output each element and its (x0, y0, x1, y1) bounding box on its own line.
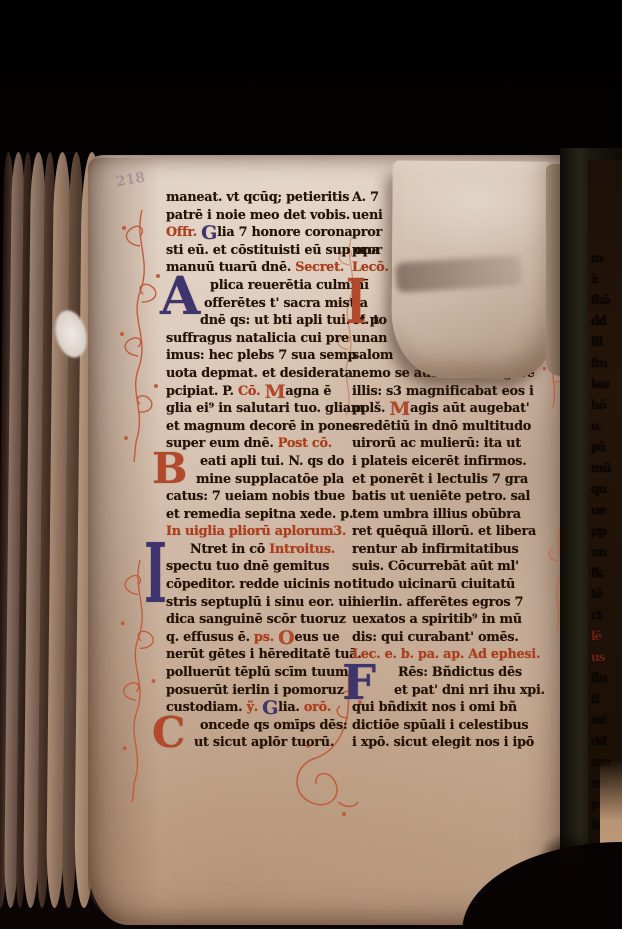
text-line: stris septuplū i sinu eor. uin (166, 595, 366, 613)
bottom-shadow-blob (538, 833, 602, 877)
text-line: credētiū in dnō multitudo (352, 419, 552, 437)
body-text: patrē i noie meo det vobis. (166, 208, 350, 223)
body-text: et remedia sepitna xede. p. (166, 507, 353, 522)
sliver-text-line: mū (588, 458, 622, 479)
sliver-text-line: tē (588, 584, 622, 605)
body-text: i ierlin. afferētes egros 7 (352, 595, 523, 610)
inline-initial: M (265, 385, 286, 399)
body-text: agna ē (285, 384, 331, 399)
body-text: stris septuplū i sinu eor. uin (166, 595, 361, 610)
rubric-text: orō. (304, 700, 331, 715)
body-text: rentur ab infirmitatibus (352, 542, 518, 557)
body-text: maneat. vt qcūq; petieritis (166, 190, 349, 205)
text-line: Ntret in cō Introitus. (166, 542, 366, 560)
body-text: A. 7 (352, 190, 379, 205)
body-text: titudo uicinarū ciuitatū (352, 577, 515, 592)
text-line: pplš. Magis aūt augebat' (352, 401, 552, 419)
body-text: plica reuerētia culminī (210, 278, 369, 293)
text-line: imus: hec plebs 7 sua semp (166, 348, 366, 366)
sliver-text-line: pp (588, 521, 622, 542)
body-text: eati apli tui. N. qs do (200, 454, 344, 469)
text-line: In uiglia pliorū aplorum3. (166, 524, 366, 542)
text-line: titudo uicinarū ciuitatū (352, 577, 552, 595)
text-line: oncede qs omīps dēs: (166, 718, 366, 736)
text-line: nerūt gētes i hēreditatē tuā. (166, 647, 366, 665)
sliver-text-line: fkō (588, 290, 622, 311)
body-text: ret quēquā illorū. et libera (352, 524, 536, 539)
sliver-text-line: ue (588, 500, 622, 521)
body-text: sti eū. et cōstituisti eū sup opa (166, 243, 379, 258)
ink-smudge (395, 255, 523, 293)
folded-parchment-corner (391, 160, 559, 378)
text-line: illis: s3 magnificabat eos i (352, 384, 552, 402)
text-line: et remedia sepitna xede. p. (166, 507, 366, 525)
body-text: posuerūt ierlin i pomoruz (166, 683, 344, 698)
rubric-text: Post cō. (278, 436, 332, 451)
sliver-text-line: us (588, 647, 622, 668)
body-text: batis ut ueniēte petro. sal (352, 489, 530, 504)
body-text: ut sicut aplōr tuorū. (194, 735, 334, 750)
photograph-of-manuscript: 218 (0, 0, 622, 929)
body-text: offerētes t' sacra mistia (204, 296, 368, 311)
body-text: i xpō. sicut elegit nos i ipō (352, 735, 534, 750)
body-text: imus: hec plebs 7 sua semp (166, 348, 356, 363)
text-line: glia ei⁹ in salutari tuo. gliam (166, 401, 366, 419)
text-line: spectu tuo dnē gemitus (166, 559, 366, 577)
illuminated-initial: I (144, 538, 167, 612)
sliver-text-line: ti (588, 689, 622, 710)
rubric-text: In uiglia pliorū aplorum3. (166, 524, 346, 539)
text-line: uexatos a spiritib⁹ in mū (352, 612, 552, 630)
text-line: maneat. vt qcūq; petieritis (166, 190, 366, 208)
penwork-flourish-left-top (112, 206, 172, 466)
inline-initial: G (262, 701, 278, 715)
sliver-text-line: mī (588, 710, 622, 731)
body-text: dica sanguinē scōr tuoruz (166, 612, 346, 627)
text-line: dica sanguinē scōr tuoruz (166, 612, 366, 630)
body-text: et ponerēt i lectulis 7 gra (352, 472, 528, 487)
text-line: ut sicut aplōr tuorū. (166, 735, 366, 753)
body-text: dis: qui curabant' omēs. (352, 630, 519, 645)
sliver-text-line: m (588, 248, 622, 269)
text-line: cōpeditor. redde uicinis no (166, 577, 366, 595)
body-text: ueni (352, 208, 383, 223)
body-text: dictiōe spūali i celestibus (352, 718, 528, 733)
body-text: eus ue (294, 630, 339, 645)
body-text: suis. Cōcurrebāt aūt ml' (352, 559, 519, 574)
body-text: agis aūt augebat' (410, 401, 529, 416)
body-text: pplš. (352, 401, 389, 416)
rubric-text: ỹ. (247, 700, 263, 715)
text-line: suis. Cōcurrebāt aūt ml' (352, 559, 552, 577)
rubric-text: Cō. (238, 384, 265, 399)
text-line: pcipiat. P. Cō. Magna ē (166, 384, 366, 402)
sliver-text-line: fk (588, 563, 622, 584)
sliver-text-line: o. (588, 416, 622, 437)
body-text: lia 7 honore corona (217, 225, 352, 240)
sliver-text-line: pā (588, 437, 622, 458)
body-text: suffragus natalicia cui pre (166, 331, 349, 346)
body-text: cōpeditor. redde uicinis no (166, 577, 351, 592)
sliver-text-line: dd (588, 731, 622, 752)
body-text: q. effusus ē. (166, 630, 254, 645)
rubric-text: Introitus. (269, 542, 335, 557)
body-text: nerūt gētes i hēreditatē tuā. (166, 647, 362, 662)
text-line: suffragus natalicia cui pre (166, 331, 366, 349)
body-text: pror (352, 225, 382, 240)
text-line: batis ut ueniēte petro. sal (352, 489, 552, 507)
body-text: illis: s3 magnificabat eos i (352, 384, 534, 399)
sliver-text-line: lau (588, 374, 622, 395)
sliver-text-line: dd (588, 311, 622, 332)
body-text: glia ei⁹ in salutari tuo. gliam (166, 401, 364, 416)
body-text: pcipiat. P. (166, 384, 238, 399)
body-text: salom (352, 348, 393, 363)
body-text: et magnum decorē in pones (166, 419, 359, 434)
text-line: dis: qui curabant' omēs. (352, 630, 552, 648)
inline-initial: O (278, 631, 294, 645)
sliver-text-line: ct (588, 605, 622, 626)
sliver-text-line: hō (588, 395, 622, 416)
sliver-text-line: qu (588, 479, 622, 500)
body-text: spectu tuo dnē gemitus (166, 559, 329, 574)
text-line: patrē i noie meo det vobis. (166, 208, 366, 226)
text-line: Rēs: Bñdictus dēs (352, 665, 552, 683)
text-line: polluerūt tēplū scīm tuum (166, 665, 366, 683)
text-line: et pat' dni nri ihu xpi. (352, 683, 552, 701)
body-text: uexatos a spiritib⁹ in mū (352, 612, 522, 627)
text-line: custodiam. ỹ. Glia. orō. (166, 700, 366, 718)
body-text: Rēs: Bñdictus dēs (398, 665, 522, 680)
inline-initial: G (201, 226, 217, 240)
body-text: i plateis eicerēt infirmos. (352, 454, 526, 469)
illuminated-initial: A (160, 274, 200, 321)
sliver-text-line: fil (588, 332, 622, 353)
body-text: tem umbra illius obūbra (352, 507, 521, 522)
sliver-text-line: fin (588, 668, 622, 689)
body-text: uota depmat. et desiderata (166, 366, 353, 381)
text-line: sti eū. et cōstituisti eū sup opa (166, 243, 366, 261)
body-text: et pat' dni nri ihu xpi. (394, 683, 545, 698)
body-text: pror (352, 243, 382, 258)
text-line: catus: 7 ueiam nobis tbue (166, 489, 366, 507)
text-line: dictiōe spūali i celestibus (352, 718, 552, 736)
sliver-text-line: un (588, 542, 622, 563)
text-line: qui bñdixit nos i omi bñ (352, 700, 552, 718)
text-line: mine supplacatōe pla (166, 472, 366, 490)
body-text: qui bñdixit nos i omi bñ (352, 700, 517, 715)
text-line: i ierlin. afferētes egros 7 (352, 595, 552, 613)
sliver-text-line: lē (588, 626, 622, 647)
text-line: rentur ab infirmitatibus (352, 542, 552, 560)
text-column-left: maneat. vt qcūq; petieritispatrē i noie … (166, 190, 366, 753)
illuminated-initial: F (342, 662, 376, 705)
rubric-text: ps. (254, 630, 278, 645)
text-line: q. effusus ē. ps. Oeus ue (166, 630, 366, 648)
text-line: Lec. e. b. pa. ap. Ad ephesi. (352, 647, 552, 665)
body-text: polluerūt tēplū scīm tuum (166, 665, 348, 680)
rubric-text: Offr. (166, 225, 201, 240)
inline-initial: M (389, 402, 410, 416)
body-text: catus: 7 ueiam nobis tbue (166, 489, 345, 504)
illuminated-initial: I (346, 274, 366, 330)
body-text: uirorū ac mulierū: ita ut (352, 436, 521, 451)
text-line: tem umbra illius obūbra (352, 507, 552, 525)
sliver-text-line: fm (588, 353, 622, 374)
rubric-text: Secret. (295, 260, 344, 275)
text-line: Offr. Glia 7 honore corona (166, 225, 366, 243)
body-text: credētiū in dnō multitudo (352, 419, 531, 434)
text-line: super eum dnē. Post cō. (166, 436, 366, 454)
sliver-text-line: ā (588, 269, 622, 290)
body-text: oncede qs omīps dēs: (200, 718, 348, 733)
text-line: uirorū ac mulierū: ita ut (352, 436, 552, 454)
text-line: i plateis eicerēt infirmos. (352, 454, 552, 472)
body-text: Ntret in cō (190, 542, 269, 557)
text-line: et magnum decorē in pones (166, 419, 366, 437)
rubric-text: Lec. e. b. pa. ap. Ad ephesi. (352, 647, 540, 662)
illuminated-initial: C (152, 714, 185, 752)
text-line: ret quēquā illorū. et libera (352, 524, 552, 542)
illuminated-initial: B (152, 450, 187, 488)
text-line: eati apli tui. N. qs do (166, 454, 366, 472)
text-line: et ponerēt i lectulis 7 gra (352, 472, 552, 490)
body-text: lia. (278, 700, 304, 715)
text-line: i xpō. sicut elegit nos i ipō (352, 735, 552, 753)
body-text: mine supplacatōe pla (196, 472, 344, 487)
